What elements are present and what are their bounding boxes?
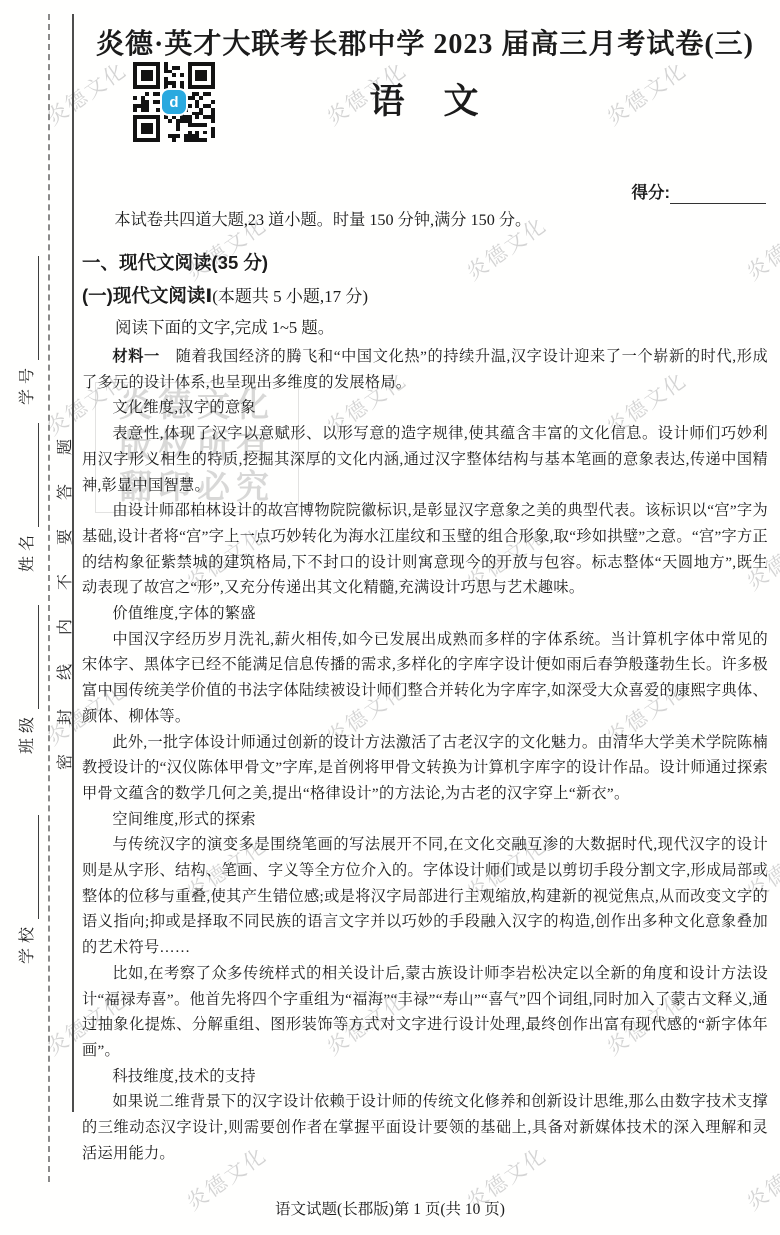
seal-dotted-line xyxy=(48,14,50,1182)
material-subheading: 科技维度,技术的支持 xyxy=(82,1064,768,1090)
material-body: 材料一 随着我国经济的腾飞和“中国文化热”的持续升温,汉字设计迎来了一个崭新的时… xyxy=(82,344,768,1167)
material-paragraph: 表意性,体现了汉字以意赋形、以形写意的造字规律,使其蕴含丰富的文化信息。设计师们… xyxy=(82,421,768,498)
student-name-field: 姓名 xyxy=(17,402,39,572)
school-field: 学校 xyxy=(17,794,39,964)
page-footer: 语文试题(长郡版)第 1 页(共 10 页) xyxy=(50,1197,730,1219)
score-label: 得分: xyxy=(632,183,671,204)
student-id-label: 学号 xyxy=(17,363,39,405)
material-paragraph: 此外,一批字体设计师通过创新的设计方法激活了古老汉字的文化魅力。由清华大学美术学… xyxy=(82,730,768,807)
class-blank xyxy=(19,605,39,709)
subsection-heading: (一)现代文阅读Ⅰ(本题共 5 小题,17 分) xyxy=(82,283,768,309)
material-subheading: 空间维度,形式的探索 xyxy=(82,807,768,833)
material-paragraph: 由设计师邵柏林设计的故宫博物院院徽标识,是彰显汉字意象之美的典型代表。该标识以“… xyxy=(82,498,768,601)
reading-instruction: 阅读下面的文字,完成 1~5 题。 xyxy=(82,316,768,339)
subsection-heading-note: (本题共 5 小题,17 分) xyxy=(212,287,368,306)
material-subheading: 文化维度,汉字的意象 xyxy=(82,395,768,421)
class-field: 班级 xyxy=(17,584,39,754)
main-content: 炎德·英才大联考长郡中学 2023 届高三月考试卷(三) d 语 文 得分: 本… xyxy=(82,20,768,1167)
material-label: 材料一 xyxy=(112,348,159,365)
student-id-field: 学号 xyxy=(17,235,39,405)
material-paragraph: 中国汉字经历岁月洗礼,薪火相传,如今已发展出成熟而多样的字体系统。当计算机字体中… xyxy=(82,627,768,730)
subsection-heading-bold: (一)现代文阅读Ⅰ xyxy=(82,285,212,306)
class-label: 班级 xyxy=(17,712,39,754)
section-heading: 一、现代文阅读(35 分) xyxy=(82,250,768,275)
school-label: 学校 xyxy=(17,922,39,964)
exam-paper-page: 炎德文化炎德文化炎德文化炎德文化炎德文化炎德文化炎德文化炎德文化炎德文化炎德文化… xyxy=(0,0,780,1235)
score-blank xyxy=(670,183,766,204)
qr-module xyxy=(211,138,215,142)
material-paragraph: 如果说二维背景下的汉字设计依赖于设计师的传统文化修养和创新设计思维,那么由数字技… xyxy=(82,1089,768,1166)
page-title: 炎德·英才大联考长郡中学 2023 届高三月考试卷(三) xyxy=(82,26,768,64)
student-name-blank xyxy=(19,423,39,527)
material-paragraph: 比如,在考察了众多传统样式的相关设计后,蒙古族设计师李岩松决定以全新的角度和设计… xyxy=(82,961,768,1064)
qr-center-logo-icon: d xyxy=(162,90,186,114)
score-row: 得分: xyxy=(632,183,767,204)
material-paragraph: 材料一 随着我国经济的腾飞和“中国文化热”的持续升温,汉字设计迎来了一个崭新的时… xyxy=(82,344,768,395)
school-blank xyxy=(19,815,39,919)
seal-line-caption: 密封线内不要答题 xyxy=(52,402,72,778)
qr-code: d xyxy=(133,62,215,142)
material-paragraph: 与传统汉字的演变多是围绕笔画的写法展开不同,在文化交融互渗的大数据时代,现代汉字… xyxy=(82,832,768,961)
student-id-blank xyxy=(19,256,39,360)
student-name-label: 姓名 xyxy=(17,530,39,572)
material-subheading: 价值维度,字体的繁盛 xyxy=(82,601,768,627)
exam-intro: 本试卷共四道大题,23 道小题。时量 150 分钟,满分 150 分。 xyxy=(82,209,768,231)
